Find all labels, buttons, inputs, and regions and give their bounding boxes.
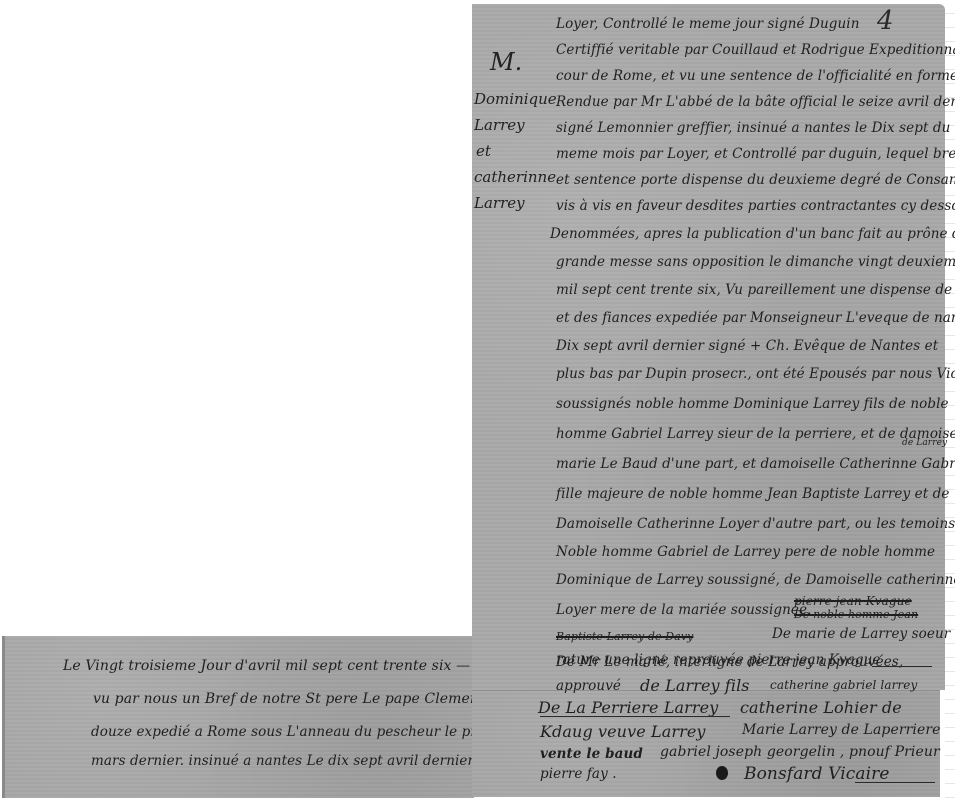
interlinear-insertion: de Larrey: [902, 438, 947, 448]
ink-blot: [716, 766, 728, 780]
body-line-14: plus bas par Dupin prosecr., ont été Epo…: [556, 366, 955, 382]
body-line-1: Loyer, Controllé le meme jour signé Dugu…: [556, 16, 860, 32]
fragment-line-2: vu par nous un Bref de notre St pere Le …: [93, 691, 485, 707]
body-line-6: meme mois par Loyer, et Controllé par du…: [556, 146, 955, 162]
signature-underline-vicaire: [855, 782, 935, 783]
body-line-8: vis à vis en faveur desdites parties con…: [556, 198, 955, 214]
signature-de-larrey-fils: de Larrey fils: [640, 676, 750, 695]
body-line-16: homme Gabriel Larrey sieur de la perrier…: [556, 426, 955, 442]
body-line-26: rature une ligne reprouvée pierre jean K…: [556, 652, 880, 668]
page-number: 4: [877, 6, 894, 36]
signature-underline-1: [540, 716, 730, 717]
margin-note-line-3: et: [476, 142, 491, 160]
struck-text-1: pierre jean Kvague: [794, 594, 912, 608]
body-line-18: fille majeure de noble homme Jean Baptis…: [556, 486, 949, 502]
body-line-27: approuvé: [556, 678, 621, 694]
body-line-9: Denommées, apres la publication d'un ban…: [550, 226, 955, 242]
body-line-24: De marie de Larrey soeur: [772, 626, 950, 642]
signature-gabriel-joseph-georgelin: gabriel joseph georgelin , pnouf Prieur: [660, 744, 940, 760]
body-line-15: soussignés noble homme Dominique Larrey …: [556, 396, 949, 412]
body-line-7: et sentence porte dispense du deuxieme d…: [556, 172, 955, 188]
body-line-17: marie Le Baud d'une part, et damoiselle …: [556, 456, 955, 472]
signature-vicaire: Bonsfard Vicaire: [744, 764, 890, 784]
signature-catherine-lohier: catherine Lohier de: [740, 698, 902, 717]
fragment-line-4: mars dernier. insinué a nantes Le dix se…: [91, 753, 516, 769]
fragment-line-1: Le Vingt troisieme Jour d'avril mil sept…: [63, 658, 470, 674]
right-page-main: 4 M. Dominique Larrey et catherinne Larr…: [472, 4, 945, 690]
fragment-line-3: douze expedié a Rome sous L'anneau du pe…: [91, 724, 517, 740]
signature-vente-le-baud: vente le baud: [540, 746, 643, 762]
margin-note-line-2: Larrey: [474, 116, 525, 134]
body-line-4: Rendue par Mr L'abbé de la bâte official…: [556, 94, 955, 110]
struck-text-2: De noble homme Jean: [794, 608, 918, 621]
left-page-fragment: Le Vingt troisieme Jour d'avril mil sept…: [2, 636, 474, 798]
signature-kdaug-veuve-larrey: Kdaug veuve Larrey: [540, 722, 706, 741]
signature-catherine-gabriel-larrey: catherine gabriel larrey: [770, 678, 917, 692]
body-line-3: cour de Rome, et vu une sentence de l'of…: [556, 68, 955, 84]
body-line-2: Certiffié veritable par Couillaud et Rod…: [556, 42, 955, 58]
margin-note-line-4: catherinne: [474, 168, 556, 186]
margin-note-line-1: Dominique: [474, 90, 557, 108]
signature-marie-larrey: Marie Larrey de Laperriere: [742, 722, 941, 738]
body-line-12: et des fiances expediée par Monseigneur …: [556, 310, 955, 326]
body-line-20: Noble homme Gabriel de Larrey pere de no…: [556, 544, 935, 560]
margin-note-line-5: Larrey: [474, 194, 525, 212]
signature-de-la-perriere-larrey: De La Perriere Larrey: [538, 698, 718, 717]
struck-text-3: Baptiste Larrey de Davy: [556, 630, 693, 643]
line-fill-dash: [872, 666, 932, 667]
signature-pierre-fay: pierre fay .: [540, 766, 617, 782]
body-line-13: Dix sept avril dernier signé + Ch. Evêqu…: [556, 338, 938, 354]
margin-note-label: M.: [490, 48, 522, 76]
body-line-5: signé Lemonnier greffier, insinué a nant…: [556, 120, 950, 136]
body-line-21: Dominique de Larrey soussigné, de Damois…: [556, 572, 955, 588]
body-line-10: grande messe sans opposition le dimanche…: [556, 254, 955, 270]
body-line-11: mil sept cent trente six, Vu pareillemen…: [556, 282, 955, 298]
body-line-22: Loyer mere de la mariée soussignée,: [556, 602, 811, 618]
body-line-19: Damoiselle Catherinne Loyer d'autre part…: [556, 516, 955, 532]
